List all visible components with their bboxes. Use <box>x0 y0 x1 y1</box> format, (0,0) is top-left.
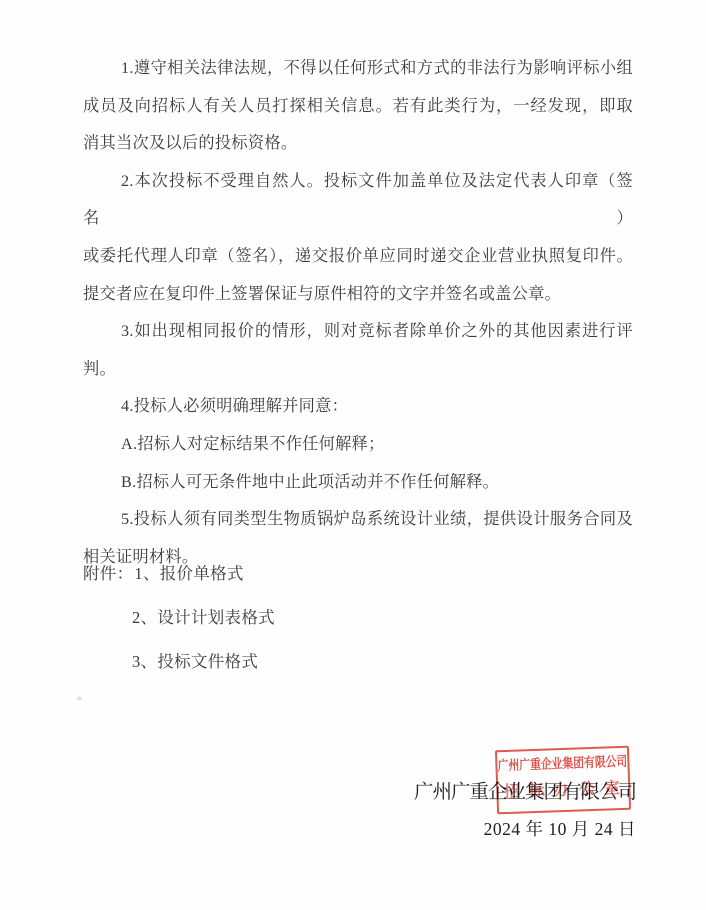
document-page: 1.遵守相关法律法规，不得以任何形式和方式的非法行为影响评标小组 成员及向招标人… <box>0 0 706 910</box>
paragraph-line: 判。 <box>83 351 633 389</box>
paragraph-line: 或委托代理人印章（签名），递交报价单应同时递交企业营业执照复印件。 <box>83 238 633 276</box>
paragraph-line: 成员及向招标人有关人员打探相关信息。若有此类行为，一经发现，即取 <box>83 88 633 126</box>
signature-date: 2024 年 10 月 24 日 <box>414 817 636 841</box>
paragraph-line: 4.投标人必须明确理解并同意： <box>83 388 633 426</box>
attachment-item: 3、投标文件格式 <box>132 648 633 692</box>
paragraph-line: 1.遵守相关法律法规，不得以任何形式和方式的非法行为影响评标小组 <box>83 50 633 88</box>
company-seal-stamp: 广州广重企业集团有限公司 招标办公室 <box>495 746 631 815</box>
paragraph-line: B.招标人可无条件地中止此项活动并不作任何解释。 <box>83 464 633 502</box>
attachment-item-text: 1、报价单格式 <box>134 564 243 583</box>
paragraph-line: 3.如出现相同报价的情形，则对竞标者除单价之外的其他因素进行评 <box>83 313 633 351</box>
paragraph-line: 提交者应在复印件上签署保证与原件相符的文字并签名或盖公章。 <box>83 276 633 314</box>
attachments-label: 附件： <box>83 564 133 583</box>
attachment-item: 附件：1、报价单格式 <box>83 560 633 604</box>
stamp-company-text: 广州广重企业集团有限公司 <box>497 752 627 777</box>
attachment-item: 2、设计计划表格式 <box>132 604 633 648</box>
stamp-office-text: 招标办公室 <box>498 779 630 804</box>
paragraph-line: A.招标人对定标结果不作任何解释； <box>83 426 633 464</box>
paragraph-line: 2.本次投标不受理自然人。投标文件加盖单位及法定代表人印章（签名） <box>83 163 633 238</box>
paragraph-line: 5.投标人须有同类型生物质锅炉岛系统设计业绩，提供设计服务合同及 <box>83 501 633 539</box>
attachments-section: 附件：1、报价单格式 2、设计计划表格式 3、投标文件格式 <box>83 560 633 692</box>
scan-artifact <box>77 697 82 700</box>
document-body: 1.遵守相关法律法规，不得以任何形式和方式的非法行为影响评标小组 成员及向招标人… <box>83 50 633 576</box>
paragraph-line: 消其当次及以后的投标资格。 <box>83 125 633 163</box>
